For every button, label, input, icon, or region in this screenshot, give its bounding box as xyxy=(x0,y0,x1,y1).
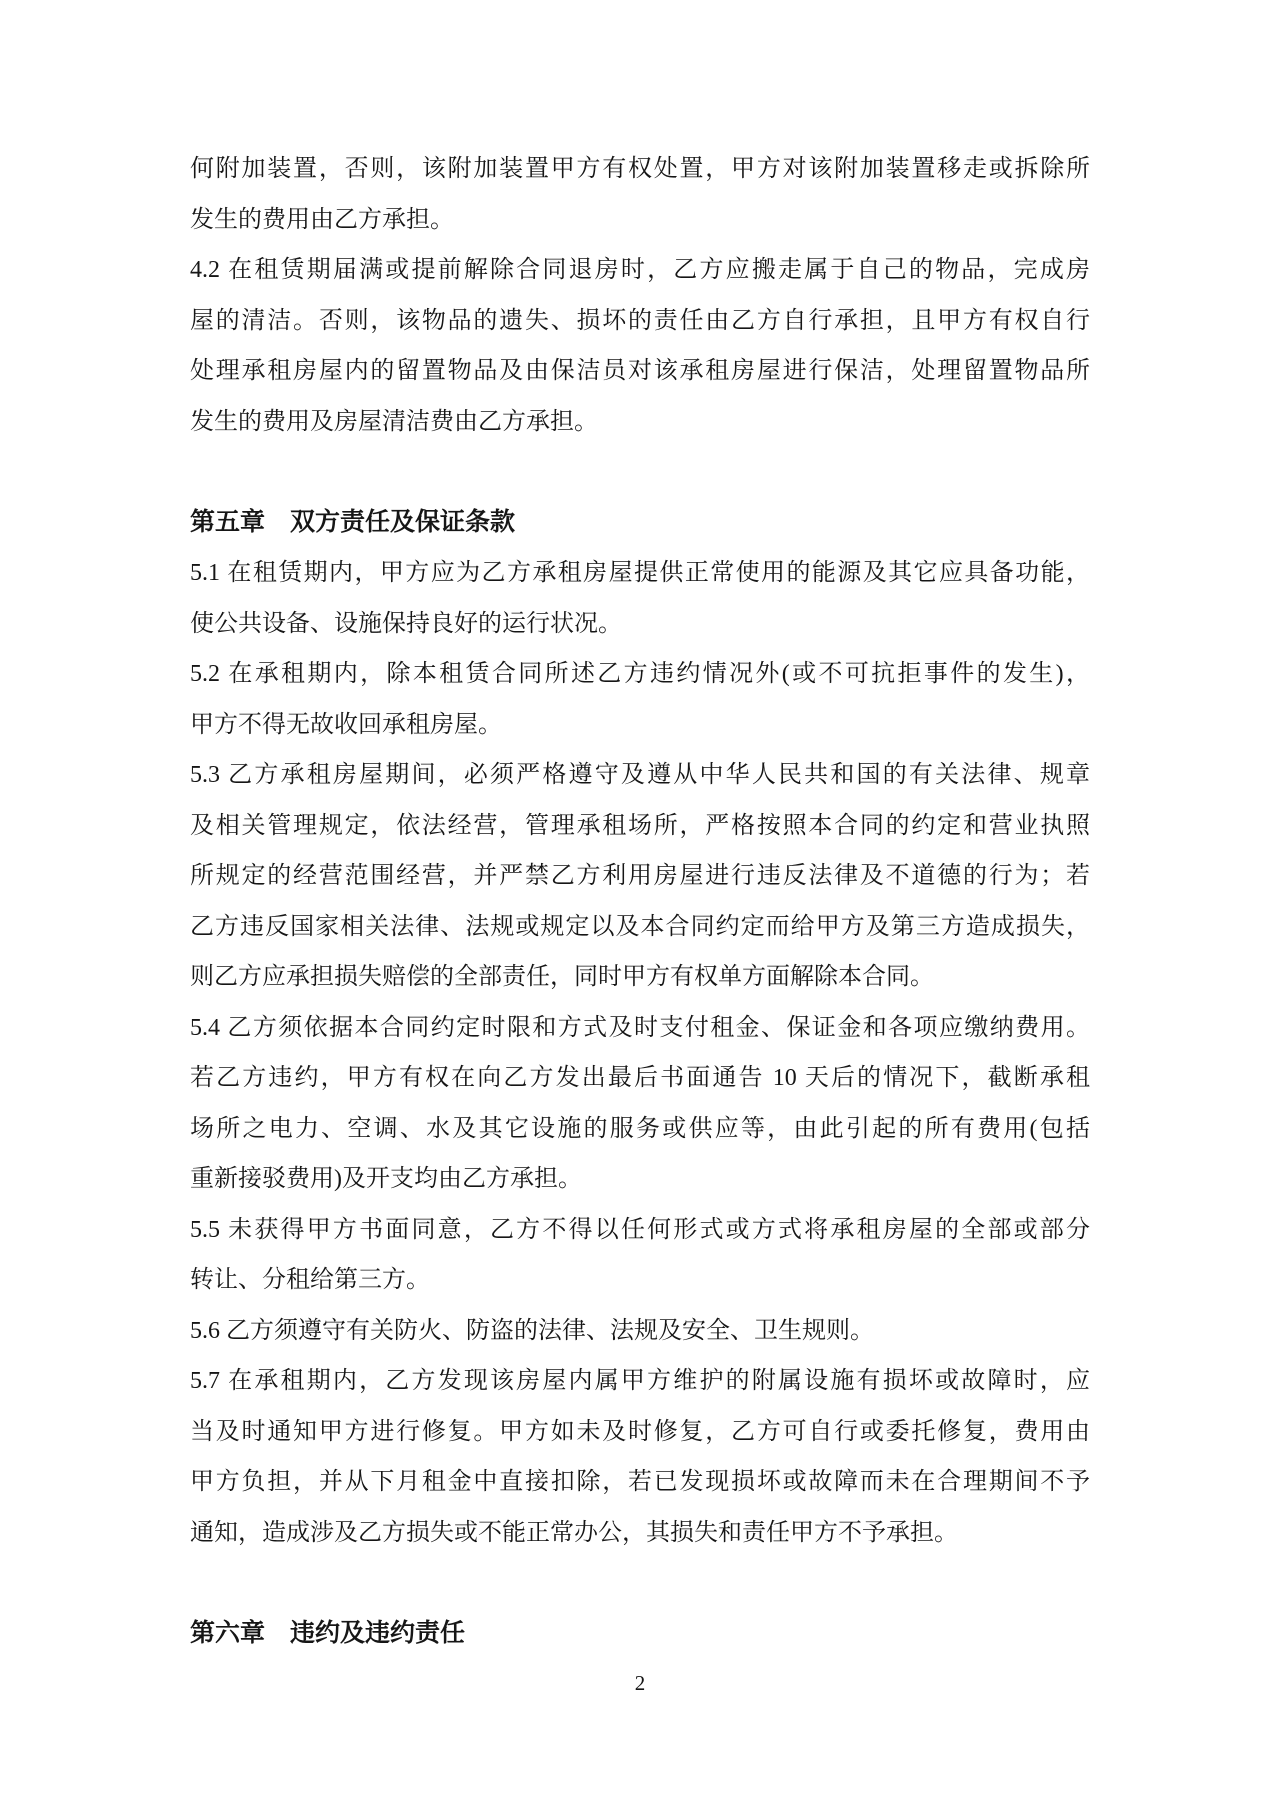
chapter-heading: 第六章 违约及违约责任 xyxy=(190,1609,1090,1660)
text-line: 甲方负担，并从下月租金中直接扣除，若已发现损坏或故障而未在合理期间不予 xyxy=(190,1457,1090,1508)
text-line: 乙方违反国家相关法律、法规或规定以及本合同约定而给甲方及第三方造成损失， xyxy=(190,902,1090,953)
text-line: 重新接驳费用)及开支均由乙方承担。 xyxy=(190,1154,1090,1205)
text-line: 发生的费用及房屋清洁费由乙方承担。 xyxy=(190,397,1090,448)
text-line: 甲方不得无故收回承租房屋。 xyxy=(190,700,1090,751)
text-line: 场所之电力、空调、水及其它设施的服务或供应等，由此引起的所有费用(包括 xyxy=(190,1104,1090,1155)
text-line: 5.4 乙方须依据本合同约定时限和方式及时支付租金、保证金和各项应缴纳费用。 xyxy=(190,1003,1090,1054)
text-line: 当及时通知甲方进行修复。甲方如未及时修复，乙方可自行或委托修复，费用由 xyxy=(190,1407,1090,1458)
text-line: 何附加装置，否则，该附加装置甲方有权处置，甲方对该附加装置移走或拆除所 xyxy=(190,144,1090,195)
text-line: 转让、分租给第三方。 xyxy=(190,1255,1090,1306)
text-line: 则乙方应承担损失赔偿的全部责任，同时甲方有权单方面解除本合同。 xyxy=(190,952,1090,1003)
text-line: 所规定的经营范围经营，并严禁乙方利用房屋进行违反法律及不道德的行为；若 xyxy=(190,851,1090,902)
text-line: 5.7 在承租期内，乙方发现该房屋内属甲方维护的附属设施有损坏或故障时，应 xyxy=(190,1356,1090,1407)
text-line: 屋的清洁。否则，该物品的遗失、损坏的责任由乙方自行承担，且甲方有权自行 xyxy=(190,296,1090,347)
document-page: 何附加装置，否则，该附加装置甲方有权处置，甲方对该附加装置移走或拆除所发生的费用… xyxy=(0,0,1280,1810)
text-line: 4.2 在租赁期届满或提前解除合同退房时，乙方应搬走属于自己的物品，完成房 xyxy=(190,245,1090,296)
text-line: 使公共设备、设施保持良好的运行状况。 xyxy=(190,599,1090,650)
text-line: 5.2 在承租期内，除本租赁合同所述乙方违约情况外(或不可抗拒事件的发生)， xyxy=(190,649,1090,700)
text-line: 若乙方违约，甲方有权在向乙方发出最后书面通告 10 天后的情况下，截断承租 xyxy=(190,1053,1090,1104)
text-line: 处理承租房屋内的留置物品及由保洁员对该承租房屋进行保洁，处理留置物品所 xyxy=(190,346,1090,397)
page-number: 2 xyxy=(0,1668,1280,1698)
text-line: 及相关管理规定，依法经营，管理承租场所，严格按照本合同的约定和营业执照 xyxy=(190,801,1090,852)
text-line: 5.5 未获得甲方书面同意，乙方不得以任何形式或方式将承租房屋的全部或部分 xyxy=(190,1205,1090,1256)
text-line: 5.6 乙方须遵守有关防火、防盗的法律、法规及安全、卫生规则。 xyxy=(190,1306,1090,1357)
text-line: 5.1 在租赁期内，甲方应为乙方承租房屋提供正常使用的能源及其它应具备功能， xyxy=(190,548,1090,599)
blank-line xyxy=(190,447,1090,498)
blank-line xyxy=(190,1558,1090,1609)
chapter-heading: 第五章 双方责任及保证条款 xyxy=(190,498,1090,549)
text-line: 通知，造成涉及乙方损失或不能正常办公，其损失和责任甲方不予承担。 xyxy=(190,1508,1090,1559)
text-line: 发生的费用由乙方承担。 xyxy=(190,195,1090,246)
text-line: 5.3 乙方承租房屋期间，必须严格遵守及遵从中华人民共和国的有关法律、规章 xyxy=(190,750,1090,801)
document-content: 何附加装置，否则，该附加装置甲方有权处置，甲方对该附加装置移走或拆除所发生的费用… xyxy=(190,144,1090,1659)
